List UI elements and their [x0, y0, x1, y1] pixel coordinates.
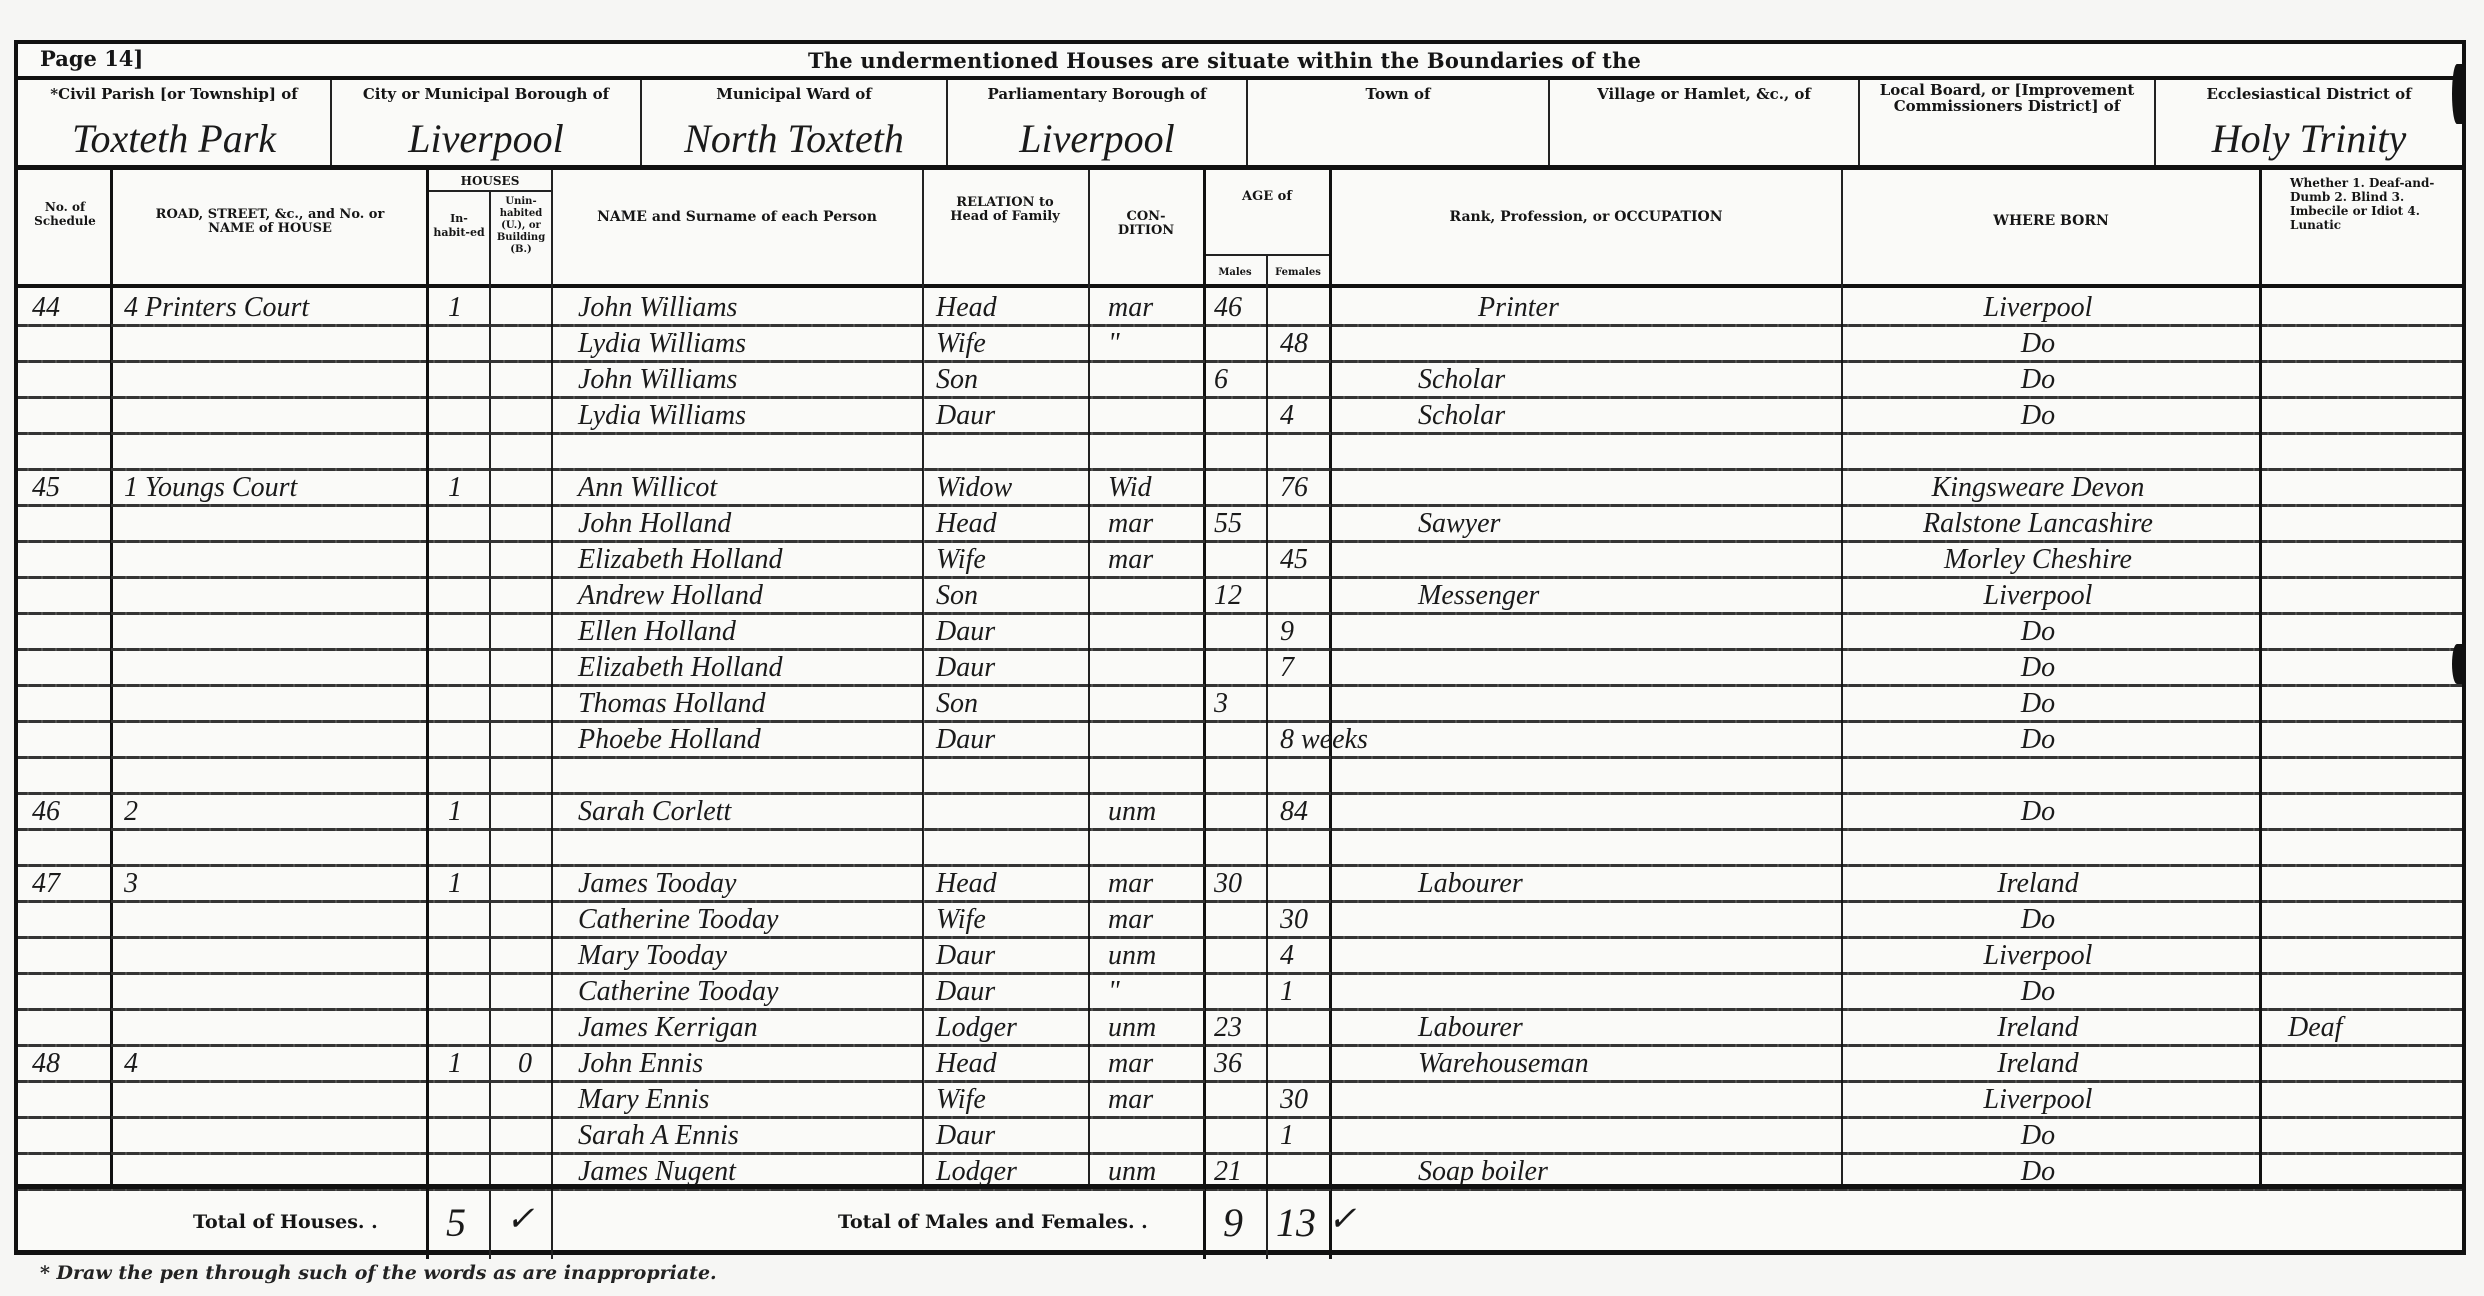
- person-name: Sarah A Ennis: [578, 1121, 739, 1151]
- col-condition: CON-DITION: [1088, 170, 1204, 284]
- village-label: Village or Hamlet, &c., of: [1550, 86, 1858, 102]
- where-born: Ireland: [1818, 1049, 2258, 1079]
- where-born: Do: [1818, 365, 2258, 395]
- total-houses-label: Total of Houses. .: [193, 1211, 378, 1233]
- person-name: Ann Willicot: [578, 473, 717, 503]
- row-rule: [18, 468, 2462, 471]
- female-age: 8 weeks: [1280, 725, 1368, 755]
- marital-condition: mar: [1108, 509, 1153, 539]
- municipal-borough-value: Liverpool: [338, 117, 634, 161]
- female-age: 30: [1280, 1085, 1308, 1115]
- row-rule: [18, 396, 2462, 399]
- relation-to-head: Head: [936, 293, 997, 323]
- row-rule: [18, 540, 2462, 543]
- road-house: 4: [124, 1049, 138, 1079]
- relation-to-head: Wife: [936, 1085, 986, 1115]
- road-house: 2: [124, 797, 138, 827]
- male-age: 55: [1214, 509, 1242, 539]
- relation-to-head: Daur: [936, 401, 995, 431]
- table-row: 444 Printers Court1John WilliamsHeadmar4…: [18, 292, 2462, 327]
- where-born: Do: [1818, 797, 2258, 827]
- table-row: Mary ToodayDaurunm4Liverpool: [18, 940, 2462, 975]
- col-relation: RELATION to Head of Family: [922, 170, 1088, 284]
- male-age: 21: [1214, 1157, 1242, 1187]
- table-row: Mary EnnisWifemar30Liverpool: [18, 1084, 2462, 1119]
- person-name: Andrew Holland: [578, 581, 763, 611]
- marital-condition: mar: [1108, 1049, 1153, 1079]
- road-house: 4 Printers Court: [124, 293, 309, 323]
- occupation: Scholar: [1418, 365, 1505, 395]
- person-name: John Ennis: [578, 1049, 703, 1079]
- row-rule: [18, 1152, 2462, 1155]
- table-row: 48410John EnnisHeadmar36WarehousemanIrel…: [18, 1048, 2462, 1083]
- person-name: James Kerrigan: [578, 1013, 758, 1043]
- person-name: John Williams: [578, 293, 737, 323]
- title-row: Page 14] The undermentioned Houses are s…: [18, 44, 2462, 80]
- row-rule: [18, 576, 2462, 579]
- female-age: 76: [1280, 473, 1308, 503]
- row-rule: [18, 648, 2462, 651]
- table-row: Elizabeth HollandDaur7Do: [18, 652, 2462, 687]
- inhabited-count: 1: [448, 1049, 462, 1079]
- male-age: 46: [1214, 293, 1242, 323]
- col-road: ROAD, STREET, &c., and No. or NAME of HO…: [112, 170, 428, 284]
- occupation: Warehouseman: [1418, 1049, 1589, 1079]
- row-rule: [18, 1080, 2462, 1083]
- occupation: Printer: [1478, 293, 1559, 323]
- total-persons-label: Total of Males and Females. .: [838, 1211, 1148, 1233]
- column-headers: No. of Schedule ROAD, STREET, &c., and N…: [18, 170, 2462, 288]
- male-age: 12: [1214, 581, 1242, 611]
- where-born: Liverpool: [1818, 581, 2258, 611]
- person-name: Catherine Tooday: [578, 905, 778, 935]
- person-name: Phoebe Holland: [578, 725, 761, 755]
- road-house: 1 Youngs Court: [124, 473, 297, 503]
- row-rule: [18, 1008, 2462, 1011]
- relation-to-head: Daur: [936, 941, 995, 971]
- person-name: Elizabeth Holland: [578, 545, 783, 575]
- municipal-ward-label: Municipal Ward of: [642, 86, 946, 102]
- table-row: [18, 760, 2462, 795]
- col-occupation: Rank, Profession, or OCCUPATION: [1330, 170, 1842, 284]
- municipal-ward-cell: Municipal Ward of North Toxteth: [642, 80, 948, 165]
- town-label: Town of: [1248, 86, 1548, 102]
- row-rule: [18, 900, 2462, 903]
- total-houses-value: 5: [446, 1199, 466, 1246]
- schedule-number: 44: [32, 293, 60, 323]
- person-name: John Holland: [578, 509, 731, 539]
- table-row: Sarah A EnnisDaur1Do: [18, 1120, 2462, 1155]
- table-row: Andrew HollandSon12MessengerLiverpool: [18, 580, 2462, 615]
- person-name: James Nugent: [578, 1157, 736, 1187]
- schedule-number: 47: [32, 869, 60, 899]
- where-born: Ireland: [1818, 869, 2258, 899]
- relation-to-head: Daur: [936, 653, 995, 683]
- female-age: 48: [1280, 329, 1308, 359]
- relation-to-head: Son: [936, 689, 978, 719]
- where-born: Do: [1818, 617, 2258, 647]
- row-rule: [18, 324, 2462, 327]
- schedule-number: 48: [32, 1049, 60, 1079]
- relation-to-head: Head: [936, 1049, 997, 1079]
- total-houses-check-icon: ✓: [506, 1199, 535, 1239]
- relation-to-head: Daur: [936, 725, 995, 755]
- road-house: 3: [124, 869, 138, 899]
- local-board-cell: Local Board, or [Improvement Commissione…: [1860, 80, 2156, 165]
- total-females-value: 13: [1276, 1199, 1316, 1246]
- row-rule: [18, 756, 2462, 759]
- col-females: Females: [1266, 256, 1330, 288]
- female-age: 84: [1280, 797, 1308, 827]
- where-born: Do: [1818, 725, 2258, 755]
- table-row: Phoebe HollandDaur8 weeksDo: [18, 724, 2462, 759]
- where-born: Ireland: [1818, 1013, 2258, 1043]
- male-age: 6: [1214, 365, 1228, 395]
- row-rule: [18, 864, 2462, 867]
- where-born: Do: [1818, 1121, 2258, 1151]
- table-row: Thomas HollandSon3Do: [18, 688, 2462, 723]
- ecclesiastical-district-value: Holy Trinity: [2162, 117, 2456, 161]
- relation-to-head: Son: [936, 365, 978, 395]
- row-rule: [18, 1116, 2462, 1119]
- municipal-borough-label: City or Municipal Borough of: [332, 86, 640, 102]
- marital-condition: unm: [1108, 797, 1156, 827]
- row-rule: [18, 792, 2462, 795]
- where-born: Morley Cheshire: [1818, 545, 2258, 575]
- parliamentary-borough-value: Liverpool: [954, 117, 1240, 161]
- marital-condition: unm: [1108, 941, 1156, 971]
- person-name: Lydia Williams: [578, 401, 746, 431]
- occupation: Sawyer: [1418, 509, 1500, 539]
- person-name: James Tooday: [578, 869, 736, 899]
- row-rule: [18, 612, 2462, 615]
- inhabited-count: 1: [448, 797, 462, 827]
- relation-to-head: Daur: [936, 1121, 995, 1151]
- marital-condition: mar: [1108, 869, 1153, 899]
- municipal-ward-value: North Toxteth: [648, 117, 940, 161]
- row-rule: [18, 504, 2462, 507]
- census-enumeration-page: Page 14] The undermentioned Houses are s…: [14, 40, 2466, 1255]
- where-born: Do: [1818, 905, 2258, 935]
- occupation: Messenger: [1418, 581, 1539, 611]
- relation-to-head: Wife: [936, 905, 986, 935]
- row-rule: [18, 828, 2462, 831]
- occupation: Scholar: [1418, 401, 1505, 431]
- female-age: 45: [1280, 545, 1308, 575]
- table-row: Ellen HollandDaur9Do: [18, 616, 2462, 651]
- table-row: 451 Youngs Court1Ann WillicotWidowWid76K…: [18, 472, 2462, 507]
- uninhabited-mark: 0: [518, 1049, 532, 1079]
- civil-parish-label: *Civil Parish [or Township] of: [18, 86, 330, 102]
- marital-condition: unm: [1108, 1013, 1156, 1043]
- table-row: 4621Sarah Corlettunm84Do: [18, 796, 2462, 831]
- marital-condition: ": [1108, 329, 1120, 359]
- schedule-number: 45: [32, 473, 60, 503]
- row-rule: [18, 360, 2462, 363]
- male-age: 23: [1214, 1013, 1242, 1043]
- total-males-value: 9: [1223, 1199, 1243, 1246]
- relation-to-head: Son: [936, 581, 978, 611]
- relation-to-head: Widow: [936, 473, 1012, 503]
- female-age: 1: [1280, 1121, 1294, 1151]
- relation-to-head: Lodger: [936, 1157, 1017, 1187]
- table-row: John WilliamsSon6ScholarDo: [18, 364, 2462, 399]
- ecclesiastical-district-cell: Ecclesiastical District of Holy Trinity: [2156, 80, 2462, 165]
- col-infirmity: Whether 1. Deaf-and-Dumb 2. Blind 3. Imb…: [2260, 170, 2462, 284]
- total-persons-check-icon: ✓: [1328, 1199, 1357, 1239]
- male-age: 30: [1214, 869, 1242, 899]
- page-edge-mark: [2452, 644, 2462, 684]
- parliamentary-borough-cell: Parliamentary Borough of Liverpool: [948, 80, 1248, 165]
- female-age: 9: [1280, 617, 1294, 647]
- marital-condition: ": [1108, 977, 1120, 1007]
- infirmity: Deaf: [2288, 1013, 2342, 1043]
- col-uninhabited: Unin-habited (U.), or Building (B.): [490, 192, 552, 288]
- row-rule: [18, 720, 2462, 723]
- town-cell: Town of: [1248, 80, 1550, 165]
- ecclesiastical-district-label: Ecclesiastical District of: [2156, 86, 2462, 102]
- page-edge-mark: [2452, 64, 2462, 124]
- table-row: James KerriganLodgerunm23LabourerIreland…: [18, 1012, 2462, 1047]
- marital-condition: Wid: [1108, 473, 1152, 503]
- marital-condition: mar: [1108, 905, 1153, 935]
- table-row: Catherine ToodayDaur"1Do: [18, 976, 2462, 1011]
- person-name: Ellen Holland: [578, 617, 736, 647]
- female-age: 30: [1280, 905, 1308, 935]
- male-age: 36: [1214, 1049, 1242, 1079]
- where-born: Liverpool: [1818, 1085, 2258, 1115]
- row-rule: [18, 936, 2462, 939]
- table-row: John HollandHeadmar55SawyerRalstone Lanc…: [18, 508, 2462, 543]
- where-born: Do: [1818, 1157, 2258, 1187]
- where-born: Kingsweare Devon: [1818, 473, 2258, 503]
- table-row: [18, 436, 2462, 471]
- female-age: 1: [1280, 977, 1294, 1007]
- totals-row: Total of Houses. . 5 ✓ Total of Males an…: [18, 1184, 2462, 1259]
- person-name: Lydia Williams: [578, 329, 746, 359]
- col-houses: HOUSES: [428, 170, 552, 192]
- person-name: Catherine Tooday: [578, 977, 778, 1007]
- where-born: Liverpool: [1818, 941, 2258, 971]
- municipal-borough-cell: City or Municipal Borough of Liverpool: [332, 80, 642, 165]
- where-born: Do: [1818, 977, 2258, 1007]
- marital-condition: mar: [1108, 1085, 1153, 1115]
- table-row: Elizabeth HollandWifemar45Morley Cheshir…: [18, 544, 2462, 579]
- relation-to-head: Daur: [936, 617, 995, 647]
- boundaries-row: *Civil Parish [or Township] of Toxteth P…: [18, 80, 2462, 170]
- page-number: Page 14]: [40, 46, 143, 71]
- person-name: John Williams: [578, 365, 737, 395]
- person-name: Elizabeth Holland: [578, 653, 783, 683]
- where-born: Do: [1818, 653, 2258, 683]
- relation-to-head: Wife: [936, 329, 986, 359]
- marital-condition: mar: [1108, 545, 1153, 575]
- row-rule: [18, 972, 2462, 975]
- col-name: NAME and Surname of each Person: [552, 170, 922, 284]
- marital-condition: mar: [1108, 293, 1153, 323]
- occupation: Labourer: [1418, 869, 1523, 899]
- female-age: 4: [1280, 941, 1294, 971]
- footnote: * Draw the pen through such of the words…: [40, 1262, 717, 1284]
- female-age: 7: [1280, 653, 1294, 683]
- person-name: Thomas Holland: [578, 689, 765, 719]
- parliamentary-borough-label: Parliamentary Borough of: [948, 86, 1246, 102]
- relation-to-head: Head: [936, 509, 997, 539]
- row-rule: [18, 432, 2462, 435]
- table-row: Lydia WilliamsDaur4ScholarDo: [18, 400, 2462, 435]
- occupation: Labourer: [1418, 1013, 1523, 1043]
- col-where-born: WHERE BORN: [1842, 170, 2260, 284]
- where-born: Do: [1818, 329, 2258, 359]
- local-board-label: Local Board, or [Improvement Commissione…: [1860, 82, 2154, 114]
- marital-condition: unm: [1108, 1157, 1156, 1187]
- row-rule: [18, 684, 2462, 687]
- person-name: Mary Ennis: [578, 1085, 709, 1115]
- relation-to-head: Head: [936, 869, 997, 899]
- person-name: Mary Tooday: [578, 941, 727, 971]
- where-born: Do: [1818, 401, 2258, 431]
- table-row: [18, 832, 2462, 867]
- village-cell: Village or Hamlet, &c., of: [1550, 80, 1860, 165]
- col-inhabited: In-habit-ed: [428, 192, 490, 288]
- relation-to-head: Lodger: [936, 1013, 1017, 1043]
- inhabited-count: 1: [448, 293, 462, 323]
- col-age: AGE of: [1204, 170, 1330, 256]
- col-schedule: No. of Schedule: [18, 170, 112, 284]
- where-born: Liverpool: [1818, 293, 2258, 323]
- where-born: Ralstone Lancashire: [1818, 509, 2258, 539]
- civil-parish-value: Toxteth Park: [24, 117, 324, 161]
- col-males: Males: [1204, 256, 1266, 288]
- inhabited-count: 1: [448, 869, 462, 899]
- inhabited-count: 1: [448, 473, 462, 503]
- table-row: Catherine ToodayWifemar30Do: [18, 904, 2462, 939]
- table-row: 4731James ToodayHeadmar30LabourerIreland: [18, 868, 2462, 903]
- relation-to-head: Daur: [936, 977, 995, 1007]
- occupation: Soap boiler: [1418, 1157, 1548, 1187]
- male-age: 3: [1214, 689, 1228, 719]
- table-row: Lydia WilliamsWife"48Do: [18, 328, 2462, 363]
- schedule-number: 46: [32, 797, 60, 827]
- relation-to-head: Wife: [936, 545, 986, 575]
- civil-parish-cell: *Civil Parish [or Township] of Toxteth P…: [18, 80, 332, 165]
- person-name: Sarah Corlett: [578, 797, 731, 827]
- row-rule: [18, 1044, 2462, 1047]
- female-age: 4: [1280, 401, 1294, 431]
- where-born: Do: [1818, 689, 2258, 719]
- page-title: The undermentioned Houses are situate wi…: [808, 48, 1641, 73]
